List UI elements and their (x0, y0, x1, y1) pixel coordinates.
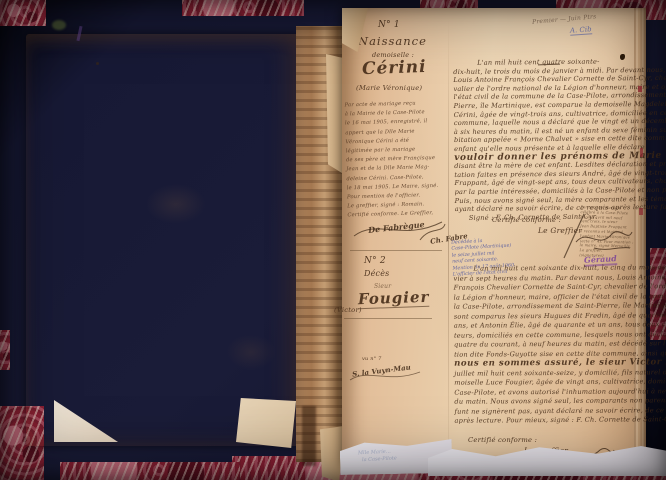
act1-marriage-mention: Par acte de mariage reçuà la Mairie de l… (344, 99, 451, 221)
paper-stain (146, 184, 206, 224)
act1-surname: Cérini (362, 57, 427, 79)
lifted-page-corner (54, 386, 118, 442)
tiny-marginal-mention: Par acte de mariagecélébré à la Case-Pil… (579, 205, 646, 259)
marbled-edge-left (0, 330, 10, 370)
book-scan: Premier — Juin Ptrs A. Cib N° 1 Naissanc… (0, 0, 666, 480)
margin-rule (350, 250, 442, 251)
act2-surname: Fougier (358, 288, 430, 309)
text-line: L'an mil huit cent soixante dix-huit, le… (473, 263, 649, 274)
marbled-corner-top-left (0, 0, 46, 26)
act1-body-text: L'an mil huit cent quatre soixante-dix-h… (453, 57, 651, 222)
act2-type-label: Décès (364, 269, 389, 278)
act2-forenames: (Victor) (334, 306, 362, 314)
marbled-patch-top-center (182, 0, 304, 16)
margin-tiny-note: vu n° 7 (362, 356, 382, 362)
purple-pencil-mark (76, 26, 82, 41)
act2-body-text: L'an mil huit cent soixante dix-huit, le… (453, 263, 650, 426)
pencil-corner-note: Premier — Juin Ptrs (532, 13, 597, 26)
text-line: après lecture. Pour mieux, signé : F. Ch… (454, 415, 650, 426)
red-edge-speck (638, 86, 642, 92)
act2-number: N° 2 (364, 256, 386, 266)
red-edge-speck (639, 208, 643, 215)
red-edge-speck (640, 148, 643, 157)
green-smudge-mark (52, 20, 66, 30)
gutter-shadow-streak (302, 406, 316, 466)
ink-speck (96, 62, 99, 65)
act1-number: N° 1 (378, 20, 400, 30)
act2-certified-label: Certifié conforme : (468, 436, 537, 444)
margin-scribble-flourish (348, 364, 424, 384)
blue-initials-note: A. Cib (570, 25, 592, 35)
book-gutter (296, 26, 348, 462)
paper-stain (226, 334, 276, 370)
diagonal-pen-stroke (562, 212, 586, 260)
act1-type-label: Naissance (358, 34, 427, 48)
margin-rule (344, 318, 432, 319)
left-blank-page (26, 34, 302, 446)
right-register-page: Premier — Juin Ptrs A. Cib N° 1 Naissanc… (342, 8, 646, 466)
paper-fragment (236, 398, 296, 448)
marbled-strip-bottom-left (60, 462, 240, 480)
act1-certified-label: Certifié conforme : (492, 216, 561, 224)
act1-forenames: (Marie Véronique) (356, 84, 422, 92)
